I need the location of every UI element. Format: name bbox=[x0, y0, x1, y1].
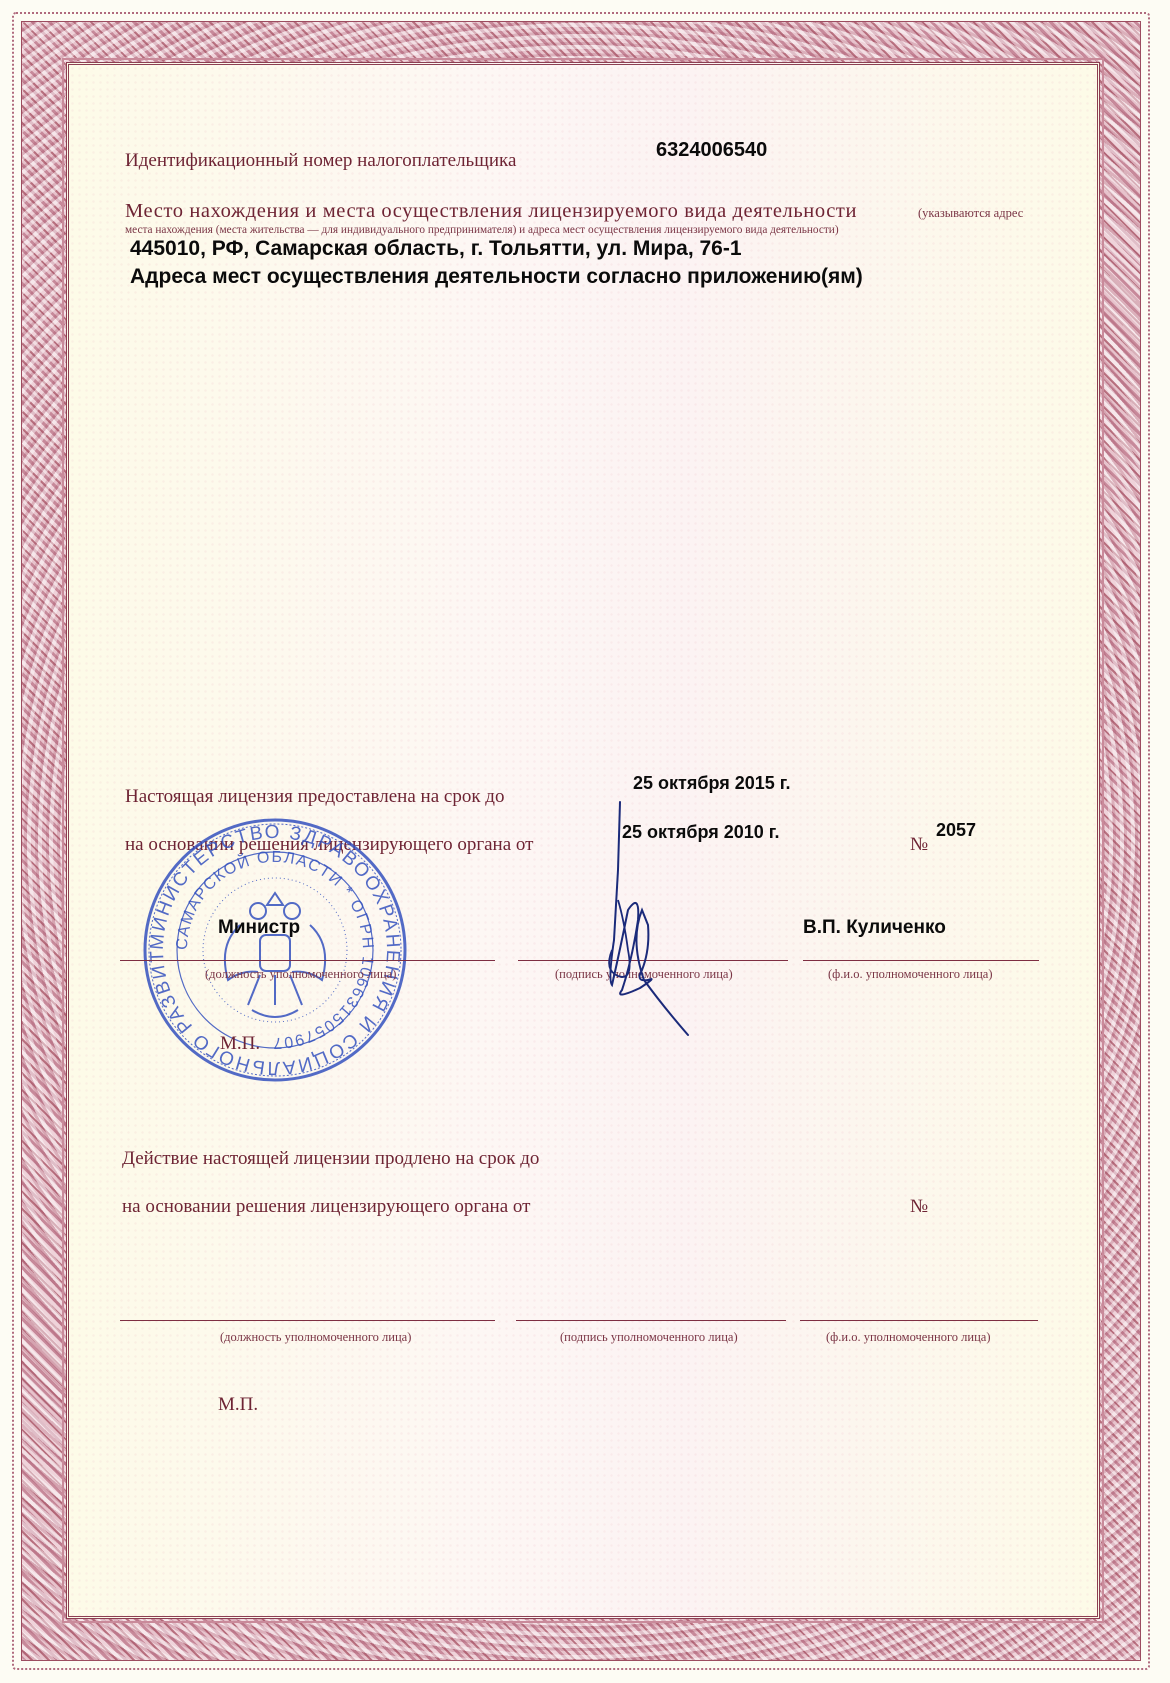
signatory-position: Министр bbox=[218, 917, 300, 939]
term-label: Настоящая лицензия предоставлена на срок… bbox=[125, 786, 504, 808]
extension-decision-label: на основании решения лицензирующего орга… bbox=[122, 1196, 530, 1218]
extension-name-caption: (ф.и.о. уполномоченного лица) bbox=[826, 1330, 990, 1345]
stamp-mark: М.П. bbox=[220, 1033, 260, 1055]
license-page: Идентификационный номер налогоплательщик… bbox=[0, 0, 1170, 1683]
term-value: 25 октября 2015 г. bbox=[633, 773, 790, 794]
extension-signature-line bbox=[516, 1320, 786, 1321]
eagle-emblem-icon bbox=[225, 893, 325, 1017]
location-label: Место нахождения и места осуществления л… bbox=[125, 200, 857, 223]
extension-number-sign: № bbox=[910, 1196, 928, 1218]
location-note-1: (указываются адрес bbox=[918, 206, 1023, 221]
name-line bbox=[803, 960, 1039, 961]
position-caption: (должность уполномоченного лица) bbox=[205, 967, 396, 982]
extension-position-line bbox=[120, 1320, 495, 1321]
inn-value: 6324006540 bbox=[656, 139, 767, 162]
address: 445010, РФ, Самарская область, г. Тольят… bbox=[130, 237, 742, 261]
handwritten-signature bbox=[600, 800, 730, 1040]
decision-number: 2057 bbox=[936, 820, 976, 841]
signatory-name: В.П. Куличенко bbox=[803, 917, 946, 939]
location-note-2: места нахождения (места жительства — для… bbox=[125, 224, 839, 236]
position-line bbox=[120, 960, 495, 961]
inn-label: Идентификационный номер налогоплательщик… bbox=[125, 150, 516, 172]
official-seal: МИНИСТЕРСТВО ЗДРАВООХРАНЕНИЯ И СОЦИАЛЬНО… bbox=[140, 815, 410, 1085]
extension-term-label: Действие настоящей лицензии продлено на … bbox=[122, 1148, 539, 1170]
name-caption: (ф.и.о. уполномоченного лица) bbox=[828, 967, 992, 982]
extension-position-caption: (должность уполномоченного лица) bbox=[220, 1330, 411, 1345]
extension-stamp-mark: М.П. bbox=[218, 1394, 258, 1416]
activity-addresses: Адреса мест осуществления деятельности с… bbox=[130, 265, 863, 289]
extension-name-line bbox=[800, 1320, 1038, 1321]
number-sign: № bbox=[910, 834, 928, 856]
extension-signature-caption: (подпись уполномоченного лица) bbox=[560, 1330, 738, 1345]
seal-inner-text: САМАРСКОЙ ОБЛАСТИ * ОГРН 1066315057907 bbox=[174, 849, 376, 1051]
